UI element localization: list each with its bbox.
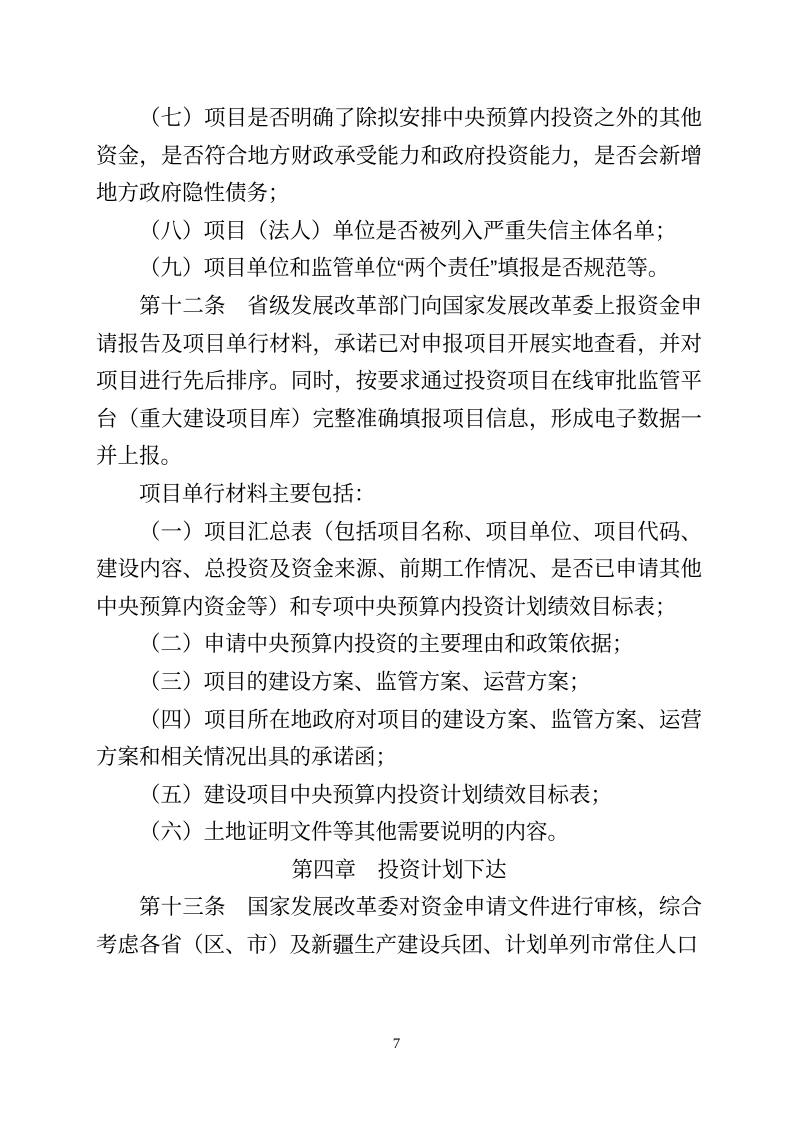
material-item-6: （六）土地证明文件等其他需要说明的内容。 <box>96 814 702 852</box>
page-number: 7 <box>0 1034 793 1054</box>
clause-item-8: （八）项目（法人）单位是否被列入严重失信主体名单； <box>96 213 702 251</box>
chapter-heading: 第四章 投资计划下达 <box>96 852 702 890</box>
clause-item-9: （九）项目单位和监管单位“两个责任”填报是否规范等。 <box>96 250 702 288</box>
article-13-paragraph: 第十三条 国家发展改革委对资金申请文件进行审核，综合考虑各省（区、市）及新疆生产… <box>96 889 702 964</box>
material-item-2: （二）申请中央预算内投资的主要理由和政策依据； <box>96 626 702 664</box>
article-12-paragraph: 第十二条 省级发展改革部门向国家发展改革委上报资金申请报告及项目单行材料，承诺已… <box>96 288 702 476</box>
clause-item-7: （七）项目是否明确了除拟安排中央预算内投资之外的其他资金，是否符合地方财政承受能… <box>96 100 702 213</box>
materials-intro-paragraph: 项目单行材料主要包括： <box>96 476 702 514</box>
material-item-4: （四）项目所在地政府对项目的建设方案、监管方案、运营方案和相关情况出具的承诺函； <box>96 702 702 777</box>
material-item-1: （一）项目汇总表（包括项目名称、项目单位、项目代码、建设内容、总投资及资金来源、… <box>96 514 702 627</box>
document-page: （七）项目是否明确了除拟安排中央预算内投资之外的其他资金，是否符合地方财政承受能… <box>0 0 793 1122</box>
material-item-3: （三）项目的建设方案、监管方案、运营方案； <box>96 664 702 702</box>
material-item-5: （五）建设项目中央预算内投资计划绩效目标表； <box>96 777 702 815</box>
document-body: （七）项目是否明确了除拟安排中央预算内投资之外的其他资金，是否符合地方财政承受能… <box>96 100 702 965</box>
